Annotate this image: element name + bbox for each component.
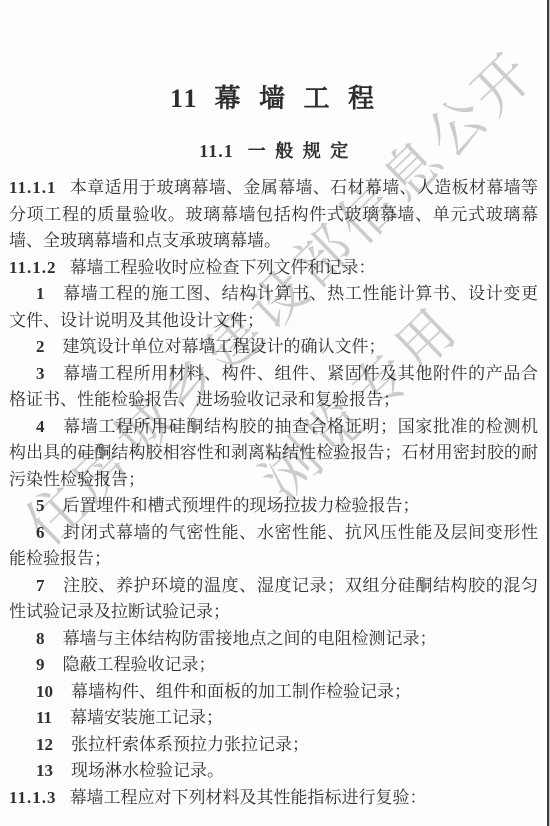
item-number: 11 bbox=[36, 708, 52, 727]
page: 住房城乡建设部信息公开 浏览专用 11幕 墙 工 程 11.1一 般 规 定 1… bbox=[0, 0, 550, 826]
list-item-paragraph: 3幕墙工程所用材料、构件、组件、紧固件及其他附件的产品合格证书、性能检验报告、进… bbox=[9, 361, 538, 414]
list-item-paragraph: 6封闭式幕墙的气密性能、水密性能、抗风压性能及层间变形性能检验报告； bbox=[9, 520, 538, 573]
clause-paragraph: 11.1.2幕墙工程验收时应检查下列文件和记录： bbox=[9, 255, 538, 282]
clause-number: 11.1.1 bbox=[9, 178, 57, 197]
clause-paragraph: 11.1.3幕墙工程应对下列材料及其性能指标进行复验： bbox=[9, 785, 538, 812]
list-item-paragraph: 12张拉杆索体系预拉力张拉记录； bbox=[9, 732, 538, 759]
item-number: 3 bbox=[36, 364, 45, 383]
clause-number: 11.1.3 bbox=[9, 788, 57, 807]
clause-paragraph: 11.1.1本章适用于玻璃幕墙、金属幕墙、石材幕墙、人造板材幕墙等分项工程的质量… bbox=[9, 175, 538, 255]
chapter-name: 幕 墙 工 程 bbox=[215, 84, 381, 113]
list-item-paragraph: 8幕墙与主体结构防雷接地点之间的电阻检测记录； bbox=[9, 626, 538, 653]
list-item-paragraph: 5后置埋件和槽式预埋件的现场拉拔力检验报告； bbox=[9, 493, 538, 520]
item-number: 8 bbox=[36, 629, 45, 648]
item-text: 后置埋件和槽式预埋件的现场拉拔力检验报告； bbox=[63, 496, 420, 515]
clause-text: 本章适用于玻璃幕墙、金属幕墙、石材幕墙、人造板材幕墙等分项工程的质量验收。玻璃幕… bbox=[9, 178, 538, 250]
list-item-paragraph: 4幕墙工程所用硅酮结构胶的抽查合格证明；国家批准的检测机构出具的硅酮结构胶相容性… bbox=[9, 414, 538, 494]
item-text: 幕墙工程的施工图、结构计算书、热工性能计算书、设计变更文件、设计说明及其他设计文… bbox=[9, 284, 538, 330]
list-item-paragraph: 2建筑设计单位对幕墙工程设计的确认文件； bbox=[9, 334, 538, 361]
item-text: 幕墙与主体结构防雷接地点之间的电阻检测记录； bbox=[63, 629, 437, 648]
list-item-paragraph: 1幕墙工程的施工图、结构计算书、热工性能计算书、设计变更文件、设计说明及其他设计… bbox=[9, 281, 538, 334]
list-item-paragraph: 10幕墙构件、组件和面板的加工制作检验记录； bbox=[9, 679, 538, 706]
item-text: 现场淋水检验记录。 bbox=[71, 761, 224, 780]
clause-text: 幕墙工程应对下列材料及其性能指标进行复验： bbox=[70, 788, 427, 807]
item-number: 12 bbox=[36, 735, 53, 754]
list-item-paragraph: 7注胶、养护环境的温度、湿度记录；双组分硅酮结构胶的混匀性试验记录及拉断试验记录… bbox=[9, 573, 538, 626]
item-number: 4 bbox=[36, 417, 45, 436]
section-number: 11.1 bbox=[199, 141, 234, 161]
item-text: 注胶、养护环境的温度、湿度记录；双组分硅酮结构胶的混匀性试验记录及拉断试验记录； bbox=[9, 576, 538, 622]
scanned-document-page: { "document": { "chapter_number": "11", … bbox=[0, 0, 550, 826]
list-item-paragraph: 9隐蔽工程验收记录； bbox=[9, 652, 538, 679]
item-number: 7 bbox=[36, 576, 45, 595]
item-text: 建筑设计单位对幕墙工程设计的确认文件； bbox=[63, 337, 386, 356]
item-text: 幕墙工程所用材料、构件、组件、紧固件及其他附件的产品合格证书、性能检验报告、进场… bbox=[9, 364, 538, 410]
item-number: 10 bbox=[36, 682, 53, 701]
item-number: 13 bbox=[36, 761, 53, 780]
list-item-paragraph: 11幕墙安装施工记录； bbox=[9, 705, 538, 732]
chapter-title: 11幕 墙 工 程 bbox=[0, 84, 550, 114]
item-text: 幕墙安装施工记录； bbox=[70, 708, 223, 727]
document-body: 11.1.1本章适用于玻璃幕墙、金属幕墙、石材幕墙、人造板材幕墙等分项工程的质量… bbox=[9, 175, 538, 811]
list-item-paragraph: 13现场淋水检验记录。 bbox=[9, 758, 538, 785]
item-text: 隐蔽工程验收记录； bbox=[63, 655, 216, 674]
item-number: 1 bbox=[36, 284, 45, 303]
item-number: 6 bbox=[36, 523, 45, 542]
section-heading: 11.1一 般 规 定 bbox=[0, 141, 550, 162]
section-name: 一 般 规 定 bbox=[248, 141, 351, 161]
clause-number: 11.1.2 bbox=[9, 258, 57, 277]
item-number: 9 bbox=[36, 655, 45, 674]
item-number: 5 bbox=[36, 496, 45, 515]
item-text: 幕墙构件、组件和面板的加工制作检验记录； bbox=[71, 682, 411, 701]
item-number: 2 bbox=[36, 337, 45, 356]
clause-text: 幕墙工程验收时应检查下列文件和记录： bbox=[70, 258, 376, 277]
item-text: 封闭式幕墙的气密性能、水密性能、抗风压性能及层间变形性能检验报告； bbox=[9, 523, 538, 569]
chapter-number: 11 bbox=[170, 84, 199, 113]
item-text: 张拉杆索体系预拉力张拉记录； bbox=[71, 735, 309, 754]
item-text: 幕墙工程所用硅酮结构胶的抽查合格证明；国家批准的检测机构出具的硅酮结构胶相容性和… bbox=[9, 417, 538, 489]
